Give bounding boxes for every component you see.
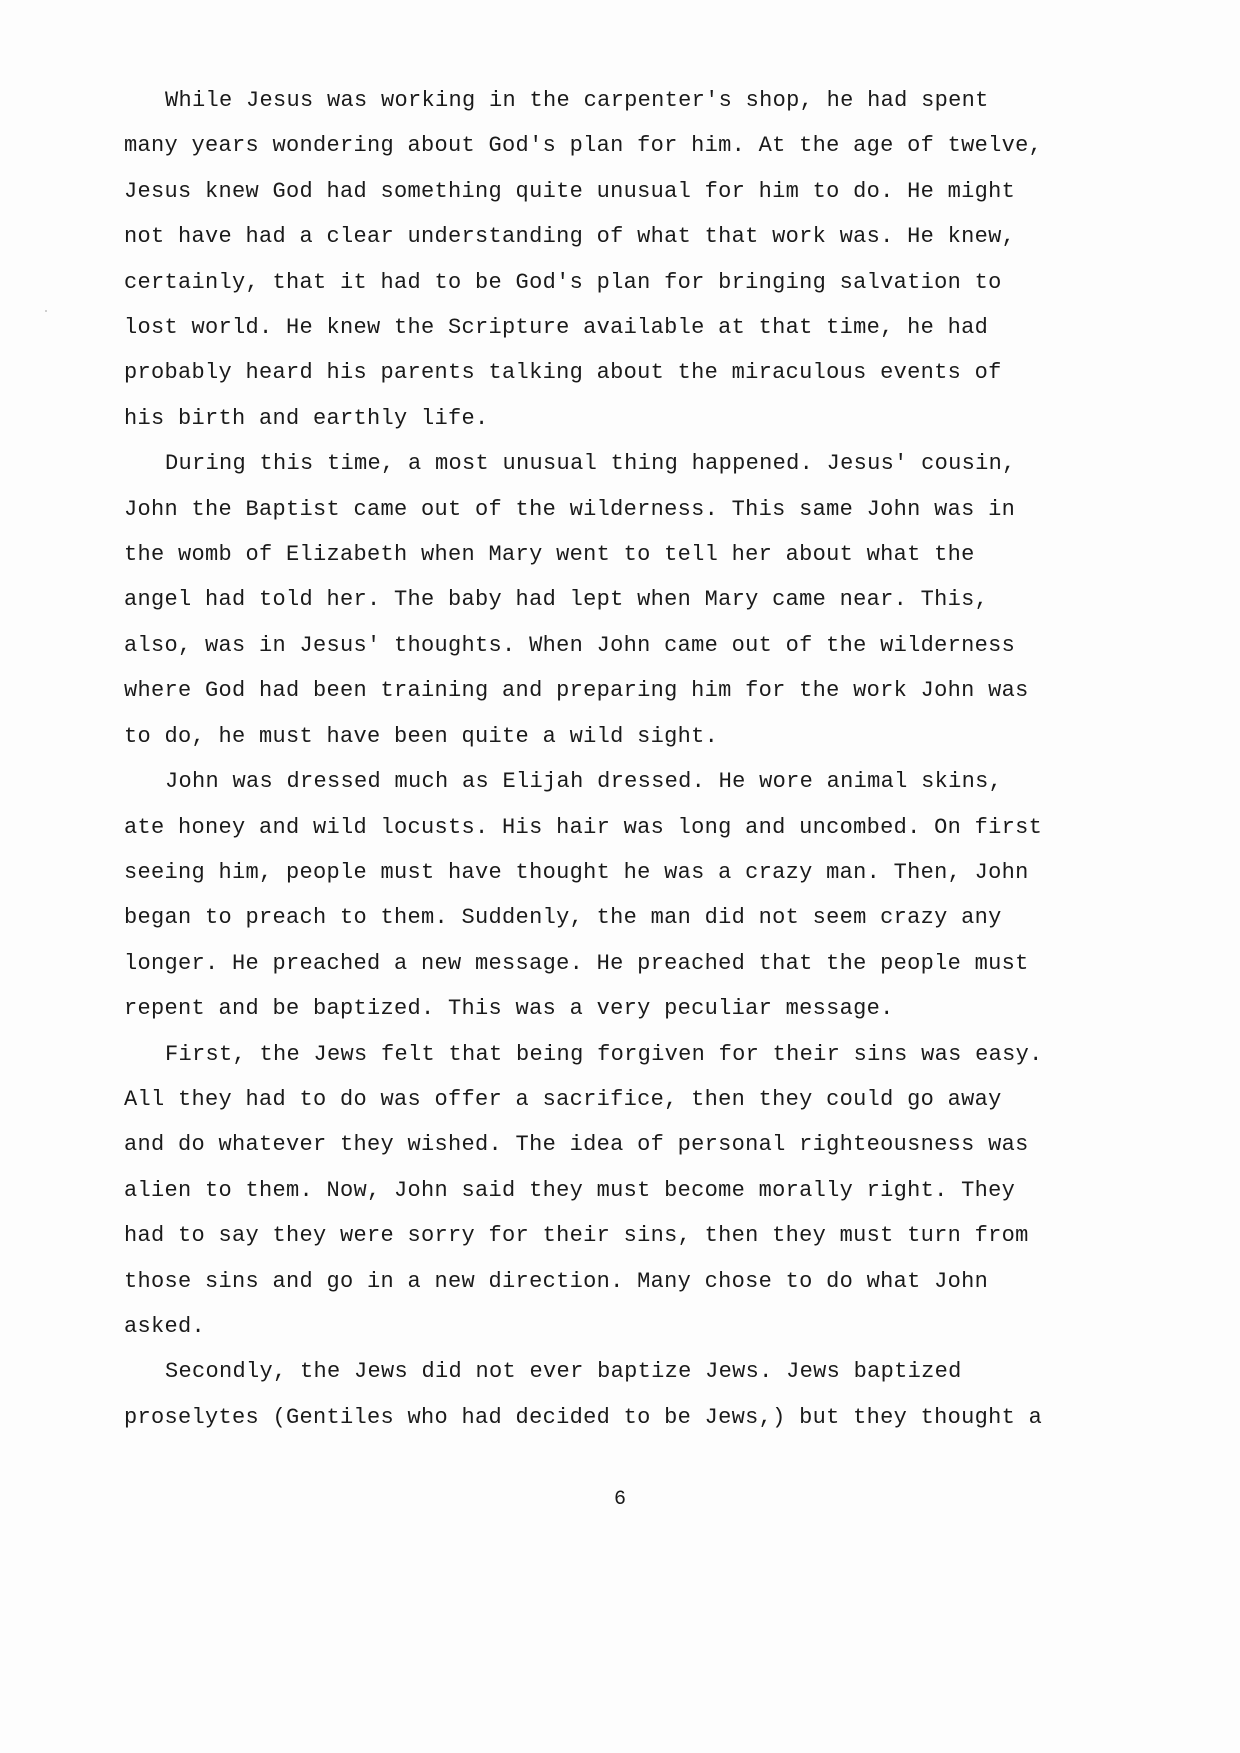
text-line: probably heard his parents talking about…: [124, 350, 1054, 395]
text-line: not have had a clear understanding of wh…: [124, 214, 1054, 259]
text-line: During this time, a most unusual thing h…: [124, 441, 1054, 486]
scan-speck: [45, 310, 47, 312]
text-line: Jesus knew God had something quite unusu…: [124, 169, 1054, 214]
text-line: proselytes (Gentiles who had decided to …: [124, 1395, 1054, 1440]
text-line: where God had been training and preparin…: [124, 668, 1054, 713]
text-line: to do, he must have been quite a wild si…: [124, 714, 1054, 759]
text-line: his birth and earthly life.: [124, 396, 1054, 441]
text-line: John the Baptist came out of the wildern…: [124, 487, 1054, 532]
text-line: began to preach to them. Suddenly, the m…: [124, 895, 1054, 940]
text-line: angel had told her. The baby had lept wh…: [124, 577, 1054, 622]
page-number: 6: [0, 1488, 1240, 1511]
paragraph: Secondly, the Jews did not ever baptize …: [124, 1349, 1054, 1440]
paragraph: John was dressed much as Elijah dressed.…: [124, 759, 1054, 1031]
text-line: First, the Jews felt that being forgiven…: [124, 1032, 1054, 1077]
paragraph: While Jesus was working in the carpenter…: [124, 78, 1054, 441]
text-line: While Jesus was working in the carpenter…: [124, 78, 1054, 123]
text-line: had to say they were sorry for their sin…: [124, 1213, 1054, 1258]
text-line: repent and be baptized. This was a very …: [124, 986, 1054, 1031]
text-line: also, was in Jesus' thoughts. When John …: [124, 623, 1054, 668]
text-line: alien to them. Now, John said they must …: [124, 1168, 1054, 1213]
text-line: the womb of Elizabeth when Mary went to …: [124, 532, 1054, 577]
paragraph: First, the Jews felt that being forgiven…: [124, 1032, 1054, 1350]
text-line: ate honey and wild locusts. His hair was…: [124, 805, 1054, 850]
text-line: many years wondering about God's plan fo…: [124, 123, 1054, 168]
text-line: seeing him, people must have thought he …: [124, 850, 1054, 895]
text-line: Secondly, the Jews did not ever baptize …: [124, 1349, 1054, 1394]
paragraph: During this time, a most unusual thing h…: [124, 441, 1054, 759]
text-line: All they had to do was offer a sacrifice…: [124, 1077, 1054, 1122]
text-line: and do whatever they wished. The idea of…: [124, 1122, 1054, 1167]
text-line: certainly, that it had to be God's plan …: [124, 260, 1054, 305]
document-page: While Jesus was working in the carpenter…: [0, 0, 1240, 1753]
text-line: longer. He preached a new message. He pr…: [124, 941, 1054, 986]
text-line: John was dressed much as Elijah dressed.…: [124, 759, 1054, 804]
text-line: those sins and go in a new direction. Ma…: [124, 1259, 1054, 1304]
text-line: lost world. He knew the Scripture availa…: [124, 305, 1054, 350]
text-line: asked.: [124, 1304, 1054, 1349]
body-text: While Jesus was working in the carpenter…: [124, 78, 1054, 1440]
